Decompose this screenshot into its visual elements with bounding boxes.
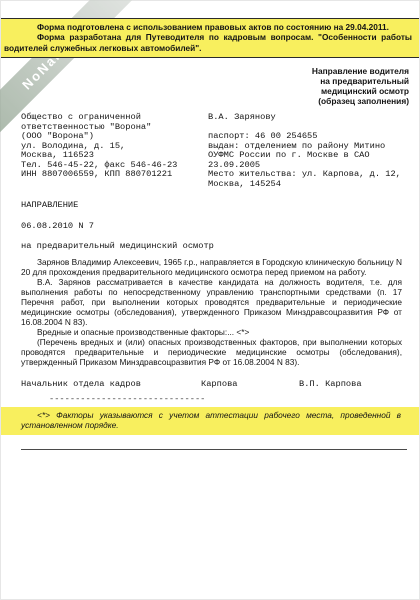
closing-rule [21,449,407,450]
document-title-line: (образец заполнения) [1,96,409,106]
form-note-banner: Форма подготовлена с использованием прав… [1,18,419,58]
signature-handwritten: Карпова [201,379,238,389]
document-title: Направление водителя на предварительный … [1,66,409,106]
sender-block: Общество с ограниченной ответственностью… [21,113,208,189]
body-paragraph-3: Вредные и опасные производственные факто… [21,327,402,337]
body-paragraph-2: В.А. Зарянов рассматривается в качестве … [21,277,402,327]
footnote-banner: <*> Факторы указываются с учетом аттеста… [1,407,419,435]
body-text: Зарянов Владимир Алексеевич, 1965 г.р., … [21,257,402,367]
form-note-line-2: Форма разработана для Путеводителя по ка… [4,32,412,53]
referral-date-number: 06.08.2010 N 7 [21,222,419,232]
form-note-line-1: Форма подготовлена с использованием прав… [4,22,412,32]
signature-position: Начальник отдела кадров [21,379,141,389]
signature-row: Начальник отдела кадров Карпова В.П. Кар… [1,379,419,389]
address-columns: Общество с ограниченной ответственностью… [21,113,419,189]
document-title-line: Направление водителя [1,66,409,76]
recipient-block: В.А. Зарянову паспорт: 46 00 254655 выда… [208,113,408,189]
footnote-separator: ------------------------------ [49,395,419,403]
recipient-line: Москва, 145254 [208,180,408,190]
footnote-text: <*> Факторы указываются с учетом аттеста… [21,410,401,431]
referral-heading: НАПРАВЛЕНИЕ [21,201,419,211]
recipient-name: В.А. Зарянову [208,113,408,123]
body-paragraph-1: Зарянов Владимир Алексеевич, 1965 г.р., … [21,257,402,277]
document-page: NoName.ru Форма подготовлена с использов… [0,0,420,600]
signature-name: В.П. Карпова [299,379,362,389]
referral-subject: на предварительный медицинский осмотр [21,242,419,252]
referral-heading-block: НАПРАВЛЕНИЕ 06.08.2010 N 7 на предварите… [21,201,419,252]
sender-line: ИНН 8807006559, КПП 880701221 [21,170,208,180]
document-title-line: на предварительный [1,76,409,86]
document-title-line: медицинский осмотр [1,86,409,96]
body-paragraph-4: (Перечень вредных и (или) опасных произв… [21,337,402,367]
